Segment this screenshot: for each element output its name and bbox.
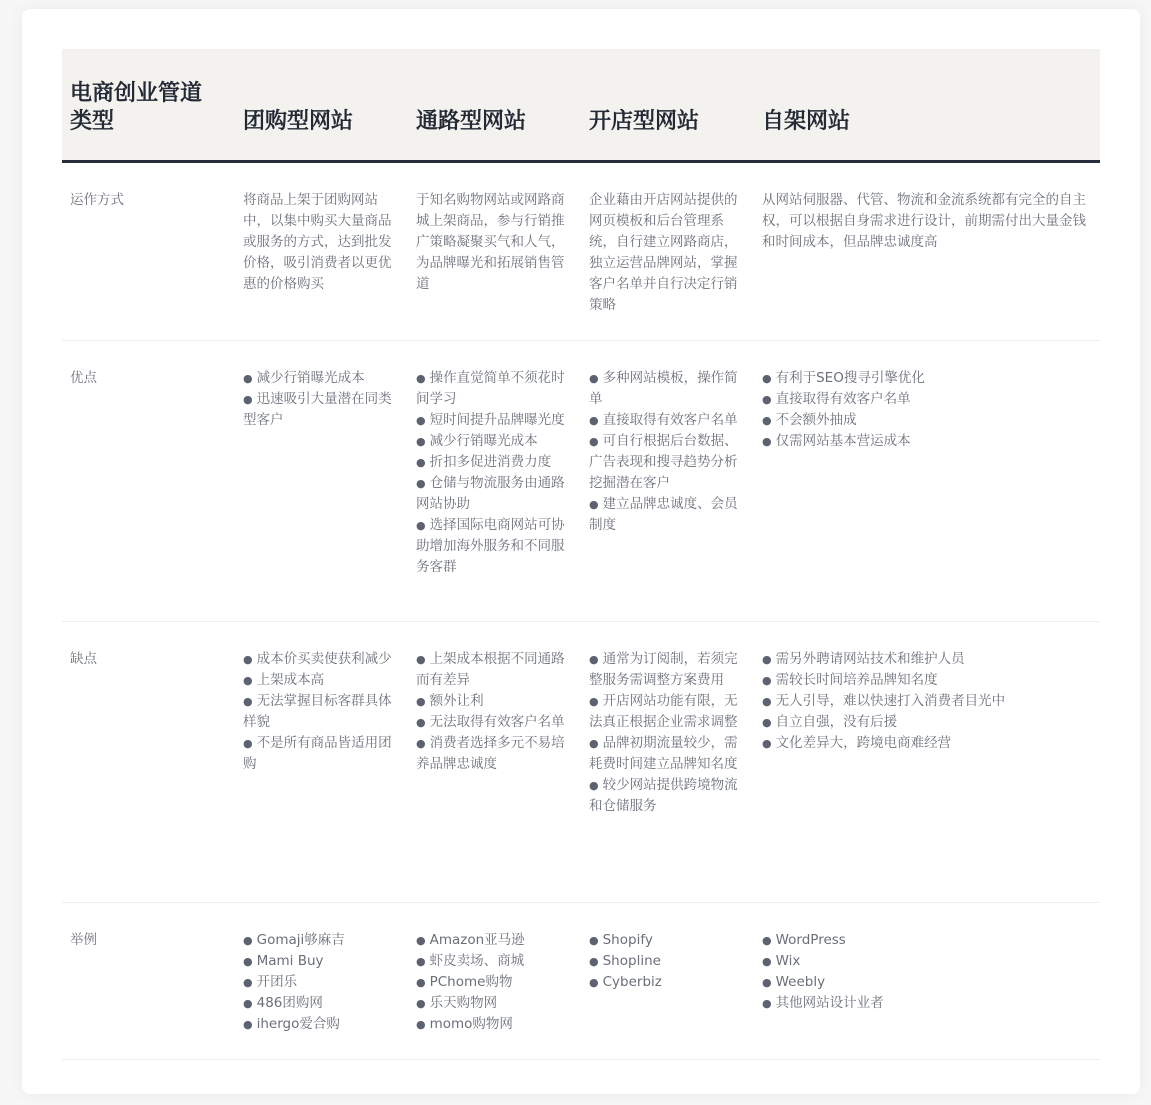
list-item: ●上架成本高	[243, 670, 394, 691]
list-item: ●短时间提升品牌曝光度	[416, 410, 567, 431]
bullet-icon: ●	[416, 477, 426, 490]
bullet-icon: ●	[589, 498, 599, 511]
list-item-text: 乐天购物网	[430, 995, 498, 1011]
cell-marketplace: ●Amazon亚马逊●虾皮卖场、商城●PChome购物●乐天购物网●momo购物…	[408, 902, 581, 1059]
row-label: 举例	[62, 902, 235, 1059]
list-item-text: 开团乐	[257, 974, 298, 990]
list-item: ●仅需网站基本营运成本	[762, 431, 1086, 452]
bullet-icon: ●	[762, 414, 772, 427]
list-item-text: 虾皮卖场、商城	[430, 953, 525, 969]
bullet-icon: ●	[416, 435, 426, 448]
cell-text: 从网站伺服器、代管、物流和金流系统都有完全的自主权，可以根据自身需求进行设计，前…	[762, 192, 1086, 250]
bullet-icon: ●	[762, 934, 772, 947]
cell-group-buying: 将商品上架于团购网站中，以集中购买大量商品或服务的方式，达到批发价格，吸引消费者…	[235, 161, 408, 340]
bullet-icon: ●	[762, 976, 772, 989]
disadvantages-row: 缺点●成本价买卖使获利减少●上架成本高●无法掌握目标客群具体样貌●不是所有商品皆…	[62, 621, 1100, 902]
list-item-text: 文化差异大，跨境电商难经营	[776, 735, 952, 751]
list-item-text: 无法掌握目标客群具体样貌	[243, 693, 392, 730]
bullet-icon: ●	[416, 955, 426, 968]
list-item: ●迅速吸引大量潜在同类型客户	[243, 389, 394, 431]
list-item: ●品牌初期流量较少，需耗费时间建立品牌知名度	[589, 733, 740, 775]
list-item-text: 迅速吸引大量潜在同类型客户	[243, 391, 392, 428]
list-item-text: 上架成本根据不同通路而有差异	[416, 651, 565, 688]
examples-row: 举例●Gomaji够麻吉●Mami Buy●开团乐●486团购网●ihergo爱…	[62, 902, 1100, 1059]
list-item-text: 无法取得有效客户名单	[430, 714, 565, 730]
list-item-text: Shopify	[603, 932, 653, 948]
list-item-text: 消费者选择多元不易培养品牌忠诚度	[416, 735, 565, 772]
bullet-icon: ●	[416, 414, 426, 427]
list-item-text: 直接取得有效客户名单	[603, 412, 738, 428]
list-item: ●折扣多促进消费力度	[416, 452, 567, 473]
bullet-icon: ●	[589, 976, 599, 989]
list-item: ●文化差异大，跨境电商难经营	[762, 733, 1086, 754]
ecommerce-channel-comparison-table: 电商创业管道类型 团购型网站 通路型网站 开店型网站 自架网站 运作方式将商品上…	[62, 49, 1100, 1060]
list-item: ●开团乐	[243, 972, 394, 993]
header-store-builder-site: 开店型网站	[581, 49, 754, 161]
list-item-text: 品牌初期流量较少，需耗费时间建立品牌知名度	[589, 735, 738, 772]
bullet-icon: ●	[762, 997, 772, 1010]
bullet-icon: ●	[416, 1018, 426, 1031]
cell-self-hosted: ●有利于SEO搜寻引擎优化●直接取得有效客户名单●不会额外抽成●仅需网站基本营运…	[754, 340, 1100, 621]
list-item-text: Amazon亚马逊	[430, 932, 525, 948]
list-item: ●无法取得有效客户名单	[416, 712, 567, 733]
bullet-icon: ●	[416, 695, 426, 708]
bullet-icon: ●	[243, 737, 253, 750]
list-item-text: 减少行销曝光成本	[430, 433, 538, 449]
list-item-text: Shopline	[603, 953, 661, 969]
list-item: ●直接取得有效客户名单	[762, 389, 1086, 410]
list-item: ●通常为订阅制，若须完整服务需调整方案费用	[589, 649, 740, 691]
list-item-text: 成本价买卖使获利减少	[257, 651, 392, 667]
list-item: ●乐天购物网	[416, 993, 567, 1014]
bullet-icon: ●	[416, 934, 426, 947]
list-item: ●多种网站模板，操作简单	[589, 368, 740, 410]
cell-self-hosted: ●需另外聘请网站技术和维护人员●需较长时间培养品牌知名度●无人引导，难以快速打入…	[754, 621, 1100, 902]
bullet-icon: ●	[243, 653, 253, 666]
bullet-icon: ●	[243, 955, 253, 968]
list-item-text: 直接取得有效客户名单	[776, 391, 911, 407]
list-item-text: 短时间提升品牌曝光度	[430, 412, 565, 428]
list-item-text: momo购物网	[430, 1016, 513, 1032]
table-header-row: 电商创业管道类型 团购型网站 通路型网站 开店型网站 自架网站	[62, 49, 1100, 161]
bullet-icon: ●	[243, 393, 253, 406]
bullet-icon: ●	[589, 414, 599, 427]
bullet-icon: ●	[243, 695, 253, 708]
cell-self-hosted: ●WordPress●Wix●Weebly●其他网站设计业者	[754, 902, 1100, 1059]
bullet-icon: ●	[416, 997, 426, 1010]
bullet-icon: ●	[589, 779, 599, 792]
list-item-text: 额外让利	[430, 693, 484, 709]
bullet-icon: ●	[243, 1018, 253, 1031]
bullet-icon: ●	[416, 372, 426, 385]
list-item: ●无法掌握目标客群具体样貌	[243, 691, 394, 733]
list-item-text: 折扣多促进消费力度	[430, 454, 552, 470]
bullet-icon: ●	[243, 997, 253, 1010]
list-item: ●不是所有商品皆适用团购	[243, 733, 394, 775]
bullet-icon: ●	[762, 716, 772, 729]
list-item-text: 无人引导，难以快速打入消费者目光中	[776, 693, 1006, 709]
list-item-text: ihergo爱合购	[257, 1016, 340, 1032]
list-item: ●开店网站功能有限，无法真正根据企业需求调整	[589, 691, 740, 733]
bullet-icon: ●	[762, 674, 772, 687]
list-item: ●虾皮卖场、商城	[416, 951, 567, 972]
operation-row: 运作方式将商品上架于团购网站中，以集中购买大量商品或服务的方式，达到批发价格，吸…	[62, 161, 1100, 340]
bullet-icon: ●	[416, 716, 426, 729]
cell-marketplace: ●操作直觉简单不须花时间学习●短时间提升品牌曝光度●减少行销曝光成本●折扣多促进…	[408, 340, 581, 621]
list-item: ●上架成本根据不同通路而有差异	[416, 649, 567, 691]
list-item-text: 操作直觉简单不须花时间学习	[416, 370, 565, 407]
list-item: ●有利于SEO搜寻引擎优化	[762, 368, 1086, 389]
list-item-text: 可自行根据后台数据、广告表现和搜寻趋势分析挖掘潜在客户	[589, 433, 738, 491]
cell-store-builder: ●通常为订阅制，若须完整服务需调整方案费用●开店网站功能有限，无法真正根据企业需…	[581, 621, 754, 902]
list-item-text: 其他网站设计业者	[776, 995, 884, 1011]
cell-store-builder: ●Shopify●Shopline●Cyberbiz	[581, 902, 754, 1059]
list-item-text: PChome购物	[430, 974, 513, 990]
row-label: 缺点	[62, 621, 235, 902]
list-item: ●需较长时间培养品牌知名度	[762, 670, 1086, 691]
bullet-icon: ●	[416, 519, 426, 532]
list-item: ●消费者选择多元不易培养品牌忠诚度	[416, 733, 567, 775]
bullet-icon: ●	[762, 653, 772, 666]
list-item: ●Cyberbiz	[589, 972, 740, 993]
list-item: ●成本价买卖使获利减少	[243, 649, 394, 670]
list-item: ●Shopline	[589, 951, 740, 972]
cell-group-buying: ●减少行销曝光成本●迅速吸引大量潜在同类型客户	[235, 340, 408, 621]
list-item-text: 较少网站提供跨境物流和仓储服务	[589, 777, 738, 814]
list-item-text: 自立自强，没有后援	[776, 714, 898, 730]
bullet-icon: ●	[243, 674, 253, 687]
list-item: ●ihergo爱合购	[243, 1014, 394, 1035]
list-item-text: 建立品牌忠诚度、会员制度	[589, 496, 738, 533]
list-item-text: Wix	[776, 953, 801, 969]
cell-text: 将商品上架于团购网站中，以集中购买大量商品或服务的方式，达到批发价格，吸引消费者…	[243, 192, 392, 292]
cell-text: 企业藉由开店网站提供的网页模板和后台管理系统，自行建立网路商店，独立运营品牌网站…	[589, 192, 738, 313]
list-item-text: 不会额外抽成	[776, 412, 857, 428]
row-label: 优点	[62, 340, 235, 621]
cell-marketplace: ●上架成本根据不同通路而有差异●额外让利●无法取得有效客户名单●消费者选择多元不…	[408, 621, 581, 902]
list-item: ●减少行销曝光成本	[416, 431, 567, 452]
list-item: ●可自行根据后台数据、广告表现和搜寻趋势分析挖掘潜在客户	[589, 431, 740, 494]
list-item-text: WordPress	[776, 932, 846, 948]
list-item-text: 不是所有商品皆适用团购	[243, 735, 392, 772]
list-item-text: 有利于SEO搜寻引擎优化	[776, 370, 925, 386]
cell-group-buying: ●Gomaji够麻吉●Mami Buy●开团乐●486团购网●ihergo爱合购	[235, 902, 408, 1059]
list-item: ●选择国际电商网站可协助增加海外服务和不同服务客群	[416, 515, 567, 578]
content-card: 电商创业管道类型 团购型网站 通路型网站 开店型网站 自架网站 运作方式将商品上…	[22, 9, 1140, 1094]
list-item-text: 开店网站功能有限，无法真正根据企业需求调整	[589, 693, 738, 730]
bullet-icon: ●	[416, 976, 426, 989]
list-item: ●减少行销曝光成本	[243, 368, 394, 389]
bullet-icon: ●	[589, 695, 599, 708]
header-channel-type: 电商创业管道类型	[62, 49, 235, 161]
header-marketplace-site: 通路型网站	[408, 49, 581, 161]
cell-self-hosted: 从网站伺服器、代管、物流和金流系统都有完全的自主权，可以根据自身需求进行设计，前…	[754, 161, 1100, 340]
cell-store-builder: ●多种网站模板，操作简单●直接取得有效客户名单●可自行根据后台数据、广告表现和搜…	[581, 340, 754, 621]
row-label: 运作方式	[62, 161, 235, 340]
list-item-text: 486团购网	[257, 995, 323, 1011]
list-item-text: Weebly	[776, 974, 825, 990]
cell-group-buying: ●成本价买卖使获利减少●上架成本高●无法掌握目标客群具体样貌●不是所有商品皆适用…	[235, 621, 408, 902]
bullet-icon: ●	[589, 934, 599, 947]
bullet-icon: ●	[762, 435, 772, 448]
list-item: ●486团购网	[243, 993, 394, 1014]
list-item: ●建立品牌忠诚度、会员制度	[589, 494, 740, 536]
bullet-icon: ●	[243, 934, 253, 947]
cell-text: 于知名购物网站或网路商城上架商品，参与行销推广策略凝聚买气和人气，为品牌曝光和拓…	[416, 192, 565, 292]
list-item: ●Shopify	[589, 930, 740, 951]
list-item: ●操作直觉简单不须花时间学习	[416, 368, 567, 410]
bullet-icon: ●	[416, 653, 426, 666]
list-item: ●Mami Buy	[243, 951, 394, 972]
bullet-icon: ●	[589, 372, 599, 385]
bullet-icon: ●	[762, 955, 772, 968]
list-item-text: 减少行销曝光成本	[257, 370, 365, 386]
list-item: ●Gomaji够麻吉	[243, 930, 394, 951]
list-item-text: 通常为订阅制，若须完整服务需调整方案费用	[589, 651, 738, 688]
list-item: ●WordPress	[762, 930, 1086, 951]
list-item-text: Gomaji够麻吉	[257, 932, 345, 948]
list-item-text: 上架成本高	[257, 672, 325, 688]
list-item: ●较少网站提供跨境物流和仓储服务	[589, 775, 740, 817]
list-item: ●需另外聘请网站技术和维护人员	[762, 649, 1086, 670]
list-item: ●额外让利	[416, 691, 567, 712]
bullet-icon: ●	[416, 737, 426, 750]
list-item-text: 需较长时间培养品牌知名度	[776, 672, 938, 688]
list-item: ●仓储与物流服务由通路网站协助	[416, 473, 567, 515]
list-item: ●直接取得有效客户名单	[589, 410, 740, 431]
header-group-buying-site: 团购型网站	[235, 49, 408, 161]
list-item: ●Wix	[762, 951, 1086, 972]
bullet-icon: ●	[416, 456, 426, 469]
bullet-icon: ●	[762, 695, 772, 708]
list-item-text: 需另外聘请网站技术和维护人员	[776, 651, 965, 667]
bullet-icon: ●	[589, 955, 599, 968]
advantages-row: 优点●减少行销曝光成本●迅速吸引大量潜在同类型客户●操作直觉简单不须花时间学习●…	[62, 340, 1100, 621]
bullet-icon: ●	[762, 737, 772, 750]
cell-store-builder: 企业藉由开店网站提供的网页模板和后台管理系统，自行建立网路商店，独立运营品牌网站…	[581, 161, 754, 340]
list-item-text: Cyberbiz	[603, 974, 662, 990]
list-item: ●Weebly	[762, 972, 1086, 993]
bullet-icon: ●	[589, 737, 599, 750]
list-item: ●PChome购物	[416, 972, 567, 993]
list-item: ●其他网站设计业者	[762, 993, 1086, 1014]
list-item-text: 仅需网站基本营运成本	[776, 433, 911, 449]
bullet-icon: ●	[762, 372, 772, 385]
list-item-text: Mami Buy	[257, 953, 324, 969]
list-item: ●Amazon亚马逊	[416, 930, 567, 951]
bullet-icon: ●	[243, 372, 253, 385]
cell-marketplace: 于知名购物网站或网路商城上架商品，参与行销推广策略凝聚买气和人气，为品牌曝光和拓…	[408, 161, 581, 340]
list-item: ●无人引导，难以快速打入消费者目光中	[762, 691, 1086, 712]
list-item-text: 多种网站模板，操作简单	[589, 370, 738, 407]
bullet-icon: ●	[589, 653, 599, 666]
list-item: ●不会额外抽成	[762, 410, 1086, 431]
list-item-text: 选择国际电商网站可协助增加海外服务和不同服务客群	[416, 517, 565, 575]
list-item-text: 仓储与物流服务由通路网站协助	[416, 475, 565, 512]
bullet-icon: ●	[243, 976, 253, 989]
header-self-hosted-site: 自架网站	[754, 49, 1100, 161]
list-item: ●自立自强，没有后援	[762, 712, 1086, 733]
bullet-icon: ●	[589, 435, 599, 448]
bullet-icon: ●	[762, 393, 772, 406]
list-item: ●momo购物网	[416, 1014, 567, 1035]
